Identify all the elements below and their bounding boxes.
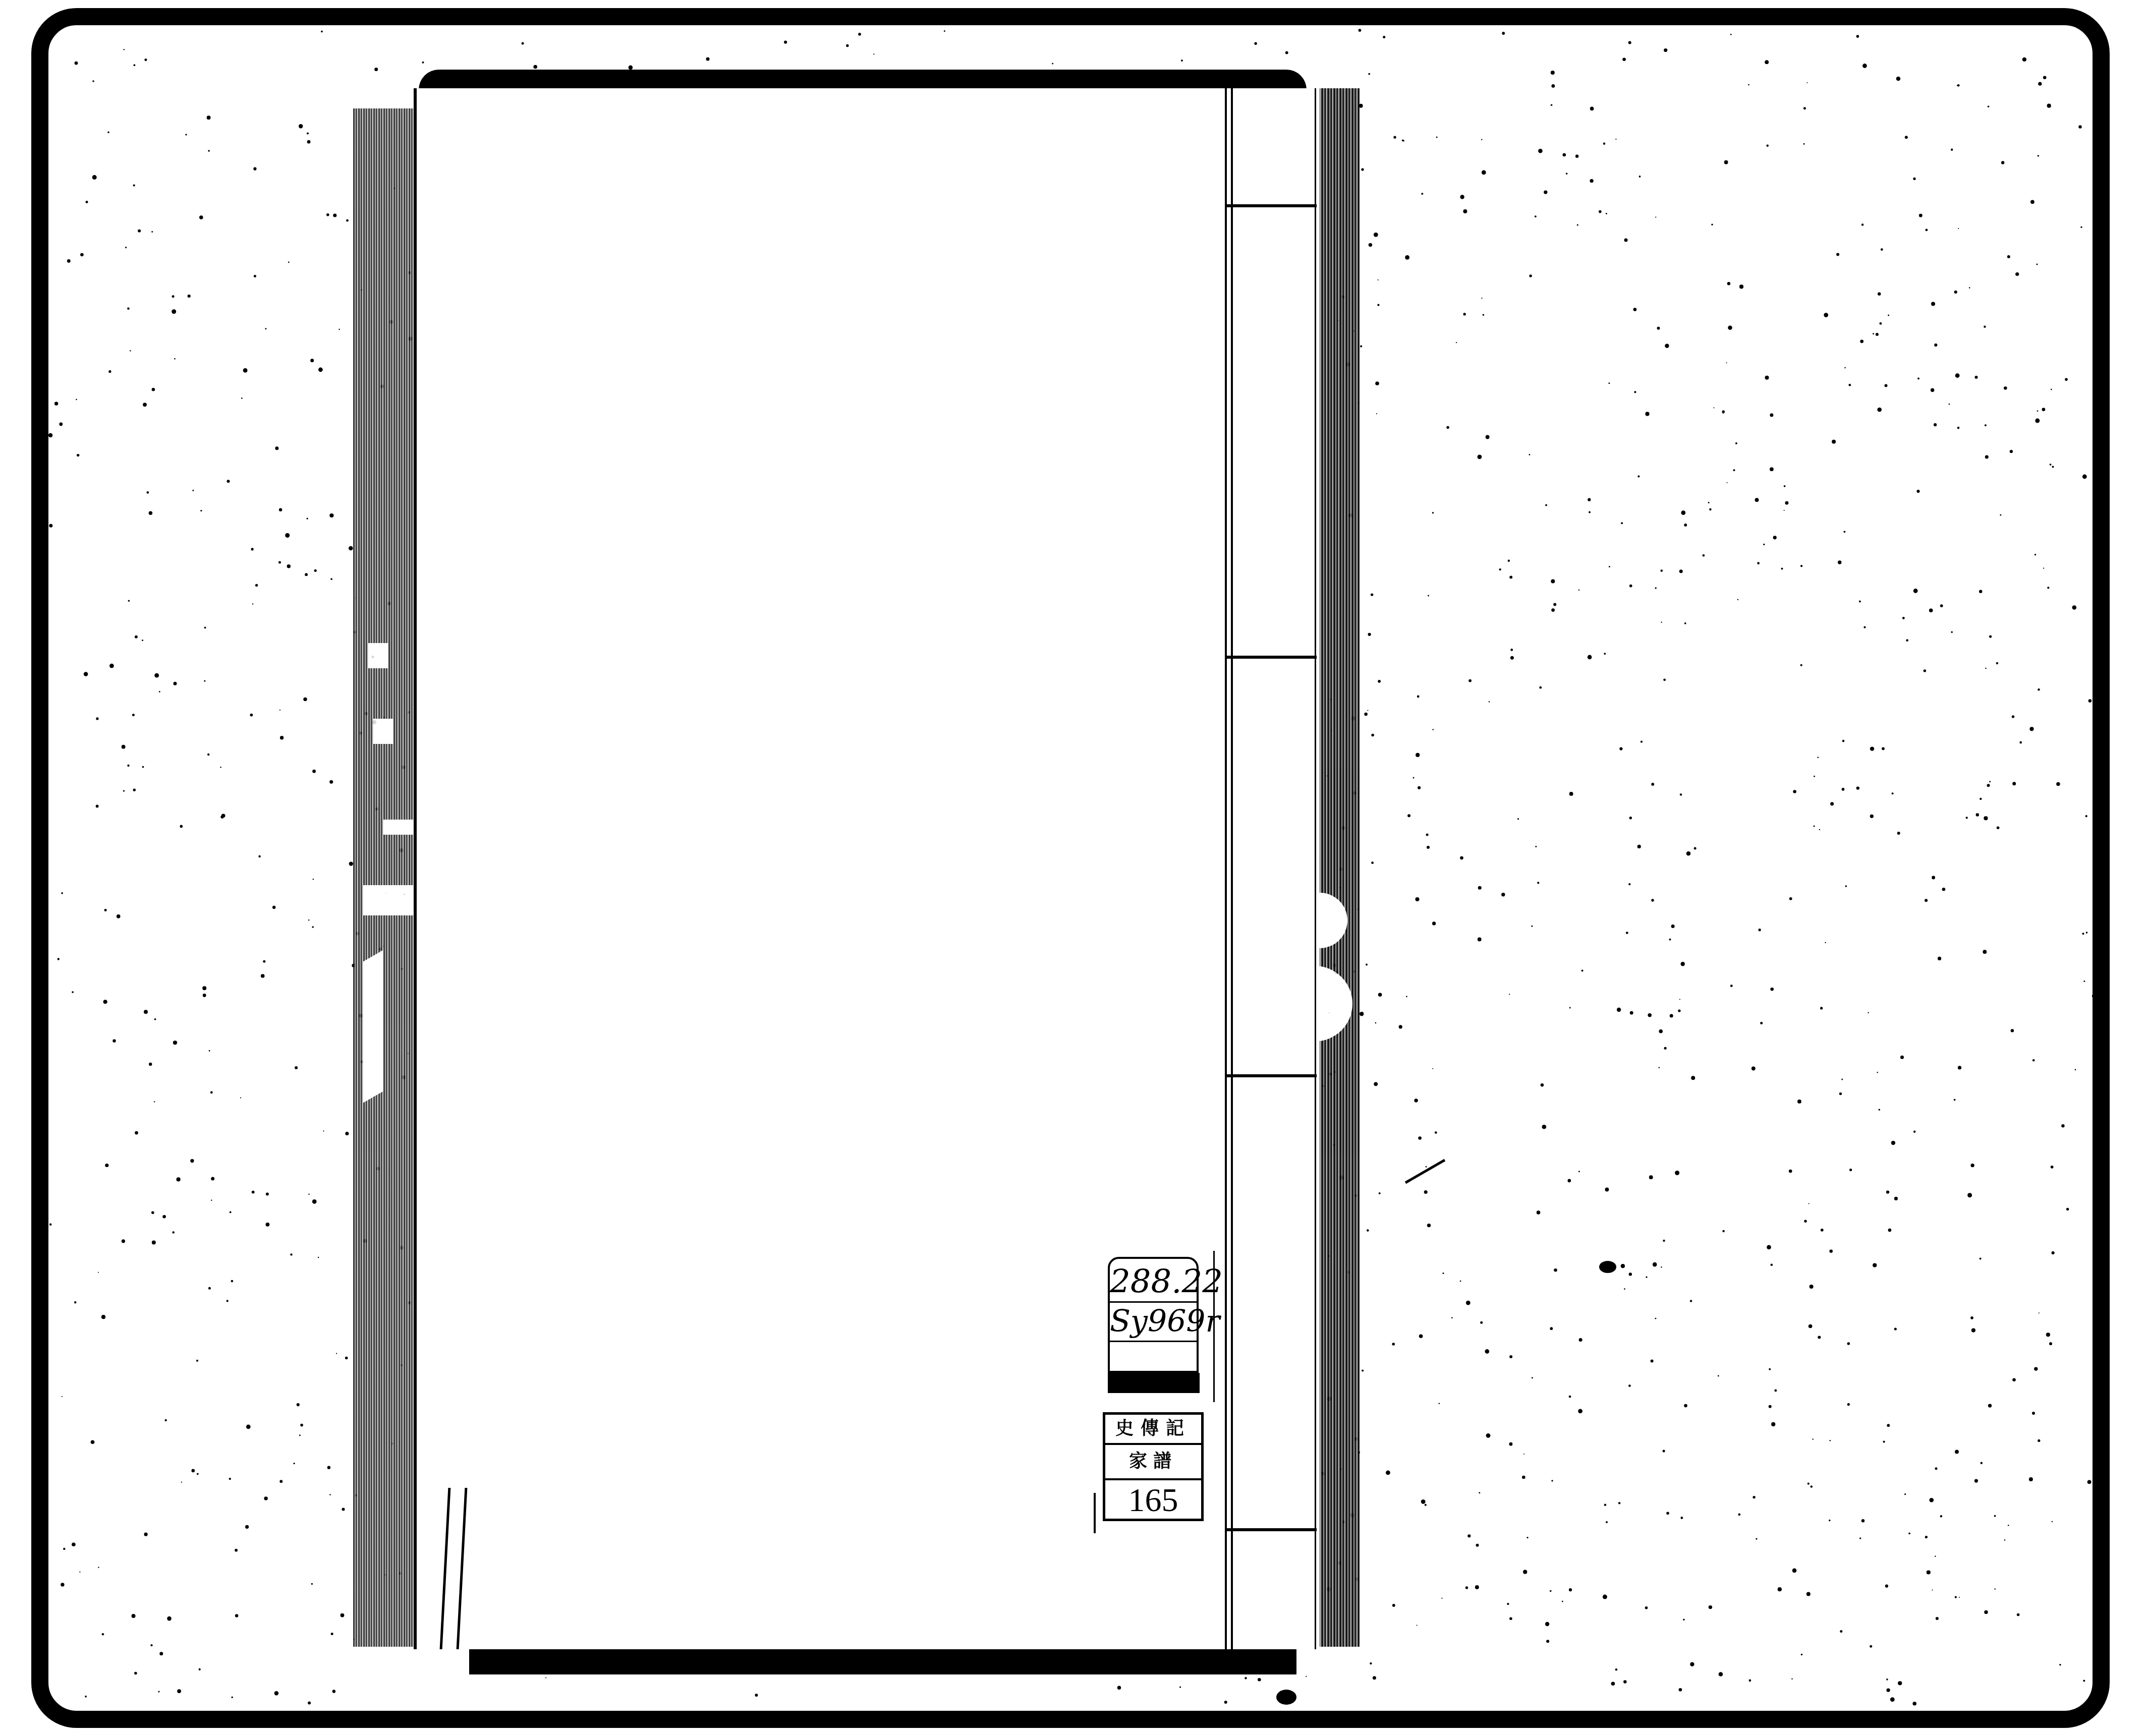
call-number-label: 288.22 Sy969r: [1108, 1257, 1204, 1393]
binding-stitch: [1226, 1074, 1317, 1077]
book-top-shadow: [419, 70, 1307, 90]
binding-stitch: [1226, 204, 1317, 207]
binding-line: [1315, 88, 1316, 1649]
spine-glyph: [373, 719, 393, 744]
call-number-cutter: Sy969r: [1110, 1302, 1197, 1342]
classification-label: 史傳記 家譜 165: [1103, 1412, 1204, 1521]
binding-stitch: [1226, 656, 1317, 659]
call-number-class: 288.22: [1110, 1263, 1197, 1303]
classification-subcategory: 家譜: [1105, 1445, 1201, 1480]
binding-line: [1225, 88, 1227, 1649]
ink-blot: [1599, 1261, 1616, 1273]
classification-category: 史傳記: [1105, 1415, 1201, 1445]
spine-glyph: [363, 950, 383, 1103]
classification-number: 165: [1105, 1480, 1201, 1521]
book-binding: [1221, 88, 1317, 1649]
spine-glyph: [368, 643, 388, 668]
class-label-rule: [1094, 1493, 1096, 1533]
book-bottom-shadow: [469, 1649, 1296, 1674]
call-number-box: 288.22 Sy969r: [1108, 1257, 1199, 1373]
binding-stitch: [1226, 1528, 1317, 1531]
call-number-bar: [1108, 1373, 1200, 1393]
binding-line: [1231, 88, 1233, 1649]
ink-blot: [1276, 1690, 1296, 1705]
